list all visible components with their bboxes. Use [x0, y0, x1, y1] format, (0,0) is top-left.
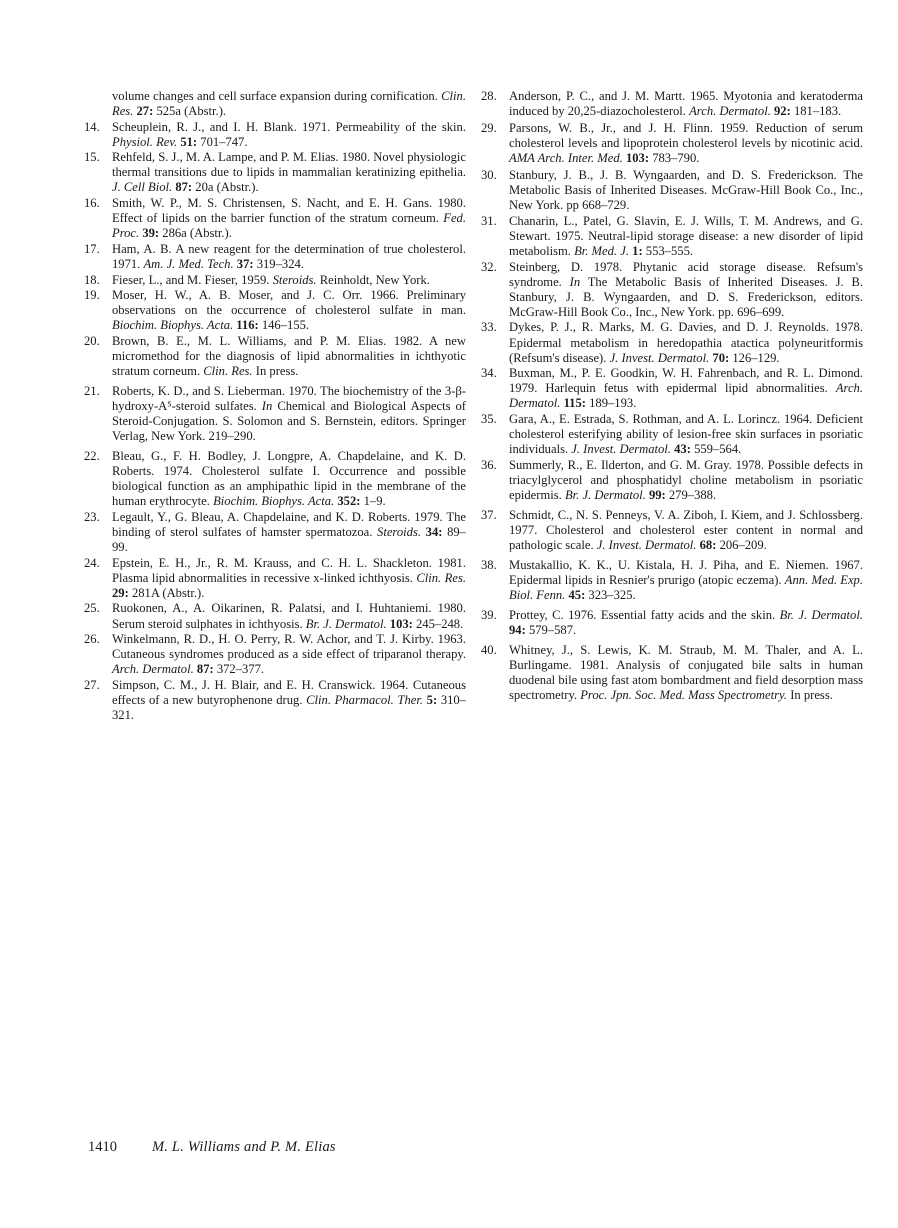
reference-text: Chanarin, L., Patel, G. Slavin, E. J. Wi…: [509, 214, 863, 259]
reference-number: 14.: [84, 120, 100, 135]
reference-entry: 26.Winkelmann, R. D., H. O. Perry, R. W.…: [84, 632, 466, 677]
reference-entry: 31.Chanarin, L., Patel, G. Slavin, E. J.…: [481, 214, 863, 259]
citation-text: Prottey, C. 1976. Essential fatty acids …: [509, 608, 780, 622]
reference-number: 30.: [481, 168, 497, 183]
volume-number: 43:: [674, 442, 691, 456]
reference-number: 21.: [84, 384, 100, 399]
reference-entry: 29.Parsons, W. B., Jr., and J. H. Flinn.…: [481, 121, 863, 166]
citation-text: Buxman, M., P. E. Goodkin, W. H. Fahrenb…: [509, 366, 863, 395]
journal-title: J. Invest. Dermatol.: [571, 442, 671, 456]
reference-text: Roberts, K. D., and S. Lieberman. 1970. …: [112, 384, 466, 444]
reference-entry: 27.Simpson, C. M., J. H. Blair, and E. H…: [84, 678, 466, 723]
reference-text: Rehfeld, S. J., M. A. Lampe, and P. M. E…: [112, 150, 466, 195]
reference-number: 19.: [84, 288, 100, 303]
journal-title: Arch. Dermatol.: [689, 104, 771, 118]
citation-text: Rehfeld, S. J., M. A. Lampe, and P. M. E…: [112, 150, 466, 179]
reference-number: 27.: [84, 678, 100, 693]
reference-text: Mustakallio, K. K., U. Kistala, H. J. Pi…: [509, 558, 863, 603]
reference-number: 37.: [481, 508, 497, 523]
reference-text: Scheuplein, R. J., and I. H. Blank. 1971…: [112, 120, 466, 150]
reference-number: 28.: [481, 89, 497, 104]
journal-title: Proc. Jpn. Soc. Med. Mass Spectrometry.: [580, 688, 787, 702]
journal-title: J. Invest. Dermatol.: [610, 351, 710, 365]
citation-text: 323–325.: [585, 588, 635, 602]
reference-entry: 30.Stanbury, J. B., J. B. Wyngaarden, an…: [481, 168, 863, 213]
reference-text: Steinberg, D. 1978. Phytanic acid storag…: [509, 260, 863, 320]
volume-number: 94:: [509, 623, 526, 637]
reference-number: 39.: [481, 608, 497, 623]
reference-text: Winkelmann, R. D., H. O. Perry, R. W. Ac…: [112, 632, 466, 677]
journal-title: Biochim. Biophys. Acta.: [112, 318, 233, 332]
reference-entry: 33.Dykes, P. J., R. Marks, M. G. Davies,…: [481, 320, 863, 365]
journal-title: In: [262, 399, 273, 413]
reference-text: Anderson, P. C., and J. M. Martt. 1965. …: [509, 89, 863, 119]
citation-text: Smith, W. P., M. S. Christensen, S. Nach…: [112, 196, 466, 225]
reference-entry: 16.Smith, W. P., M. S. Christensen, S. N…: [84, 196, 466, 241]
reference-entry: 39.Prottey, C. 1976. Essential fatty aci…: [481, 608, 863, 638]
reference-entry: 25.Ruokonen, A., A. Oikarinen, R. Palats…: [84, 601, 466, 631]
citation-text: Reinholdt, New York.: [317, 273, 430, 287]
reference-entry: 38.Mustakallio, K. K., U. Kistala, H. J.…: [481, 558, 863, 603]
reference-number: 29.: [481, 121, 497, 136]
reference-text: Buxman, M., P. E. Goodkin, W. H. Fahrenb…: [509, 366, 863, 411]
journal-title: Br. J. Dermatol.: [780, 608, 863, 622]
citation-text: 372–377.: [214, 662, 264, 676]
reference-list-right-column: 28.Anderson, P. C., and J. M. Martt. 196…: [481, 89, 863, 704]
reference-list-left-column: volume changes and cell surface expansio…: [84, 89, 466, 724]
volume-number: 5:: [427, 693, 438, 707]
reference-entry: 23.Legault, Y., G. Bleau, A. Chapdelaine…: [84, 510, 466, 555]
reference-entry: 28.Anderson, P. C., and J. M. Martt. 196…: [481, 89, 863, 119]
reference-number: 31.: [481, 214, 497, 229]
reference-entry: 15.Rehfeld, S. J., M. A. Lampe, and P. M…: [84, 150, 466, 195]
journal-title: In: [570, 275, 581, 289]
reference-entry: 17.Ham, A. B. A new reagent for the dete…: [84, 242, 466, 272]
running-authors: M. L. Williams and P. M. Elias: [152, 1139, 336, 1155]
volume-number: 103:: [626, 151, 649, 165]
reference-entry: 18.Fieser, L., and M. Fieser, 1959. Ster…: [84, 273, 466, 288]
citation-text: In press.: [787, 688, 833, 702]
citation-text: 559–564.: [691, 442, 741, 456]
citation-text: Epstein, E. H., Jr., R. M. Krauss, and C…: [112, 556, 466, 585]
reference-text: Ham, A. B. A new reagent for the determi…: [112, 242, 466, 272]
reference-number: 34.: [481, 366, 497, 381]
reference-number: 38.: [481, 558, 497, 573]
reference-entry-continued: volume changes and cell surface expansio…: [84, 89, 466, 119]
volume-number: 34:: [426, 525, 443, 539]
volume-number: 45:: [568, 588, 585, 602]
reference-number: 15.: [84, 150, 100, 165]
citation-text: 146–155.: [259, 318, 309, 332]
journal-title: Biochim. Biophys. Acta.: [213, 494, 334, 508]
reference-number: 18.: [84, 273, 100, 288]
reference-text: Stanbury, J. B., J. B. Wyngaarden, and D…: [509, 168, 863, 213]
volume-number: 70:: [712, 351, 729, 365]
reference-number: 40.: [481, 643, 497, 658]
citation-text: Fieser, L., and M. Fieser, 1959.: [112, 273, 273, 287]
citation-text: Moser, H. W., A. B. Moser, and J. C. Orr…: [112, 288, 466, 317]
citation-text: 286a (Abstr.).: [159, 226, 232, 240]
reference-text: Prottey, C. 1976. Essential fatty acids …: [509, 608, 863, 638]
reference-text: Brown, B. E., M. L. Williams, and P. M. …: [112, 334, 466, 379]
reference-text: Smith, W. P., M. S. Christensen, S. Nach…: [112, 196, 466, 241]
volume-number: 87:: [175, 180, 192, 194]
citation-text: 579–587.: [526, 623, 576, 637]
citation-text: volume changes and cell surface expansio…: [112, 89, 441, 103]
volume-number: 115:: [564, 396, 586, 410]
journal-title: Am. J. Med. Tech.: [143, 257, 233, 271]
reference-entry: 40.Whitney, J., S. Lewis, K. M. Straub, …: [481, 643, 863, 703]
journal-title: J. Invest. Dermatol.: [597, 538, 697, 552]
journal-title: Br. J. Dermatol.: [565, 488, 646, 502]
citation-text: 553–555.: [643, 244, 693, 258]
page-footer: 1410M. L. Williams and P. M. Elias: [88, 1139, 336, 1156]
journal-title: Steroids.: [377, 525, 421, 539]
journal-title: Physiol. Rev.: [112, 135, 177, 149]
reference-number: 26.: [84, 632, 100, 647]
reference-text: Whitney, J., S. Lewis, K. M. Straub, M. …: [509, 643, 863, 703]
volume-number: 1:: [632, 244, 643, 258]
journal-title: Arch. Dermatol.: [112, 662, 194, 676]
reference-number: 35.: [481, 412, 497, 427]
citation-text: 701–747.: [197, 135, 247, 149]
reference-entry: 14.Scheuplein, R. J., and I. H. Blank. 1…: [84, 120, 466, 150]
volume-number: 37:: [237, 257, 254, 271]
reference-entry: 36.Summerly, R., E. Ilderton, and G. M. …: [481, 458, 863, 503]
reference-number: 32.: [481, 260, 497, 275]
citation-text: Stanbury, J. B., J. B. Wyngaarden, and D…: [509, 168, 863, 212]
journal-title: Br. Med. J.: [574, 244, 629, 258]
reference-text: Epstein, E. H., Jr., R. M. Krauss, and C…: [112, 556, 466, 601]
reference-entry: 20.Brown, B. E., M. L. Williams, and P. …: [84, 334, 466, 379]
citation-text: In press.: [253, 364, 299, 378]
reference-number: 24.: [84, 556, 100, 571]
volume-number: 87:: [197, 662, 214, 676]
reference-number: 36.: [481, 458, 497, 473]
citation-text: 279–388.: [666, 488, 716, 502]
reference-entry: 24.Epstein, E. H., Jr., R. M. Krauss, an…: [84, 556, 466, 601]
journal-title: Steroids.: [273, 273, 317, 287]
journal-title: Clin. Res.: [416, 571, 466, 585]
journal-title: J. Cell Biol.: [112, 180, 172, 194]
reference-entry: 32.Steinberg, D. 1978. Phytanic acid sto…: [481, 260, 863, 320]
reference-number: 17.: [84, 242, 100, 257]
reference-number: 33.: [481, 320, 497, 335]
citation-text: 281A (Abstr.).: [129, 586, 205, 600]
citation-text: 206–209.: [716, 538, 766, 552]
reference-entry: 21.Roberts, K. D., and S. Lieberman. 197…: [84, 384, 466, 444]
reference-text: Moser, H. W., A. B. Moser, and J. C. Orr…: [112, 288, 466, 333]
volume-number: 68:: [700, 538, 717, 552]
reference-text: Ruokonen, A., A. Oikarinen, R. Palatsi, …: [112, 601, 466, 631]
reference-entry: 34.Buxman, M., P. E. Goodkin, W. H. Fahr…: [481, 366, 863, 411]
citation-text: 783–790.: [649, 151, 699, 165]
citation-text: Scheuplein, R. J., and I. H. Blank. 1971…: [112, 120, 466, 134]
reference-text: Fieser, L., and M. Fieser, 1959. Steroid…: [112, 273, 466, 288]
reference-number: 20.: [84, 334, 100, 349]
citation-text: 1–9.: [360, 494, 385, 508]
citation-text: Parsons, W. B., Jr., and J. H. Flinn. 19…: [509, 121, 863, 150]
journal-title: Clin. Res.: [203, 364, 252, 378]
volume-number: 352:: [337, 494, 360, 508]
reference-text: Legault, Y., G. Bleau, A. Chapdelaine, a…: [112, 510, 466, 555]
reference-number: 23.: [84, 510, 100, 525]
reference-entry: 37.Schmidt, C., N. S. Penneys, V. A. Zib…: [481, 508, 863, 553]
volume-number: 29:: [112, 586, 129, 600]
reference-number: 25.: [84, 601, 100, 616]
journal-title: AMA Arch. Inter. Med.: [509, 151, 623, 165]
citation-text: 245–248.: [413, 617, 463, 631]
citation-text: 189–193.: [586, 396, 636, 410]
volume-number: 92:: [774, 104, 791, 118]
citation-text: 20a (Abstr.).: [192, 180, 258, 194]
reference-text: Parsons, W. B., Jr., and J. H. Flinn. 19…: [509, 121, 863, 166]
volume-number: 27:: [137, 104, 154, 118]
citation-text: Winkelmann, R. D., H. O. Perry, R. W. Ac…: [112, 632, 466, 661]
volume-number: 39:: [142, 226, 159, 240]
reference-text: volume changes and cell surface expansio…: [112, 89, 466, 119]
reference-number: 16.: [84, 196, 100, 211]
citation-text: 126–129.: [729, 351, 779, 365]
citation-text: 525a (Abstr.).: [153, 104, 226, 118]
reference-text: Simpson, C. M., J. H. Blair, and E. H. C…: [112, 678, 466, 723]
page-number: 1410: [88, 1139, 152, 1156]
citation-text: 181–183.: [791, 104, 841, 118]
reference-text: Dykes, P. J., R. Marks, M. G. Davies, an…: [509, 320, 863, 365]
journal-title: Clin. Pharmacol. Ther.: [306, 693, 423, 707]
volume-number: 103:: [390, 617, 413, 631]
reference-entry: 22.Bleau, G., F. H. Bodley, J. Longpre, …: [84, 449, 466, 509]
reference-text: Schmidt, C., N. S. Penneys, V. A. Ziboh,…: [509, 508, 863, 553]
citation-text: 319–324.: [254, 257, 304, 271]
reference-entry: 19.Moser, H. W., A. B. Moser, and J. C. …: [84, 288, 466, 333]
volume-number: 99:: [649, 488, 666, 502]
volume-number: 51:: [180, 135, 197, 149]
reference-entry: 35.Gara, A., E. Estrada, S. Rothman, and…: [481, 412, 863, 457]
reference-text: Bleau, G., F. H. Bodley, J. Longpre, A. …: [112, 449, 466, 509]
journal-title: Br. J. Dermatol.: [306, 617, 387, 631]
volume-number: 116:: [236, 318, 258, 332]
reference-number: 22.: [84, 449, 100, 464]
reference-text: Summerly, R., E. Ilderton, and G. M. Gra…: [509, 458, 863, 503]
reference-text: Gara, A., E. Estrada, S. Rothman, and A.…: [509, 412, 863, 457]
